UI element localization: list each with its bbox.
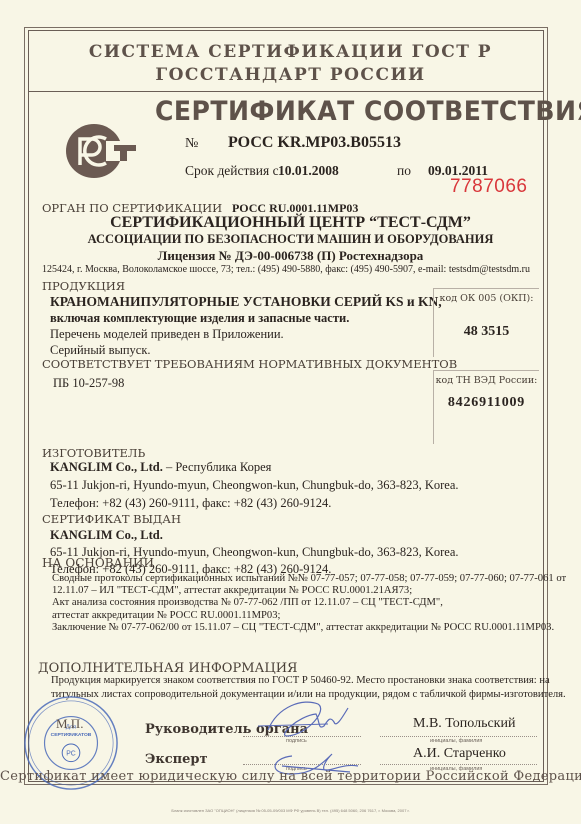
head-signature-mark bbox=[258, 696, 353, 746]
head-name: М.В. Топольский bbox=[413, 716, 515, 732]
agency-heading: ГОССТАНДАРТ РОССИИ bbox=[0, 65, 581, 85]
manufacturer-name: KANGLIM Co., Ltd. bbox=[50, 460, 163, 474]
certification-center-name: СЕРТИФИКАЦИОННЫЙ ЦЕНТР “ТЕСТ-СДМ” bbox=[0, 214, 581, 232]
product-models-note: Перечень моделей приведен в Приложении. bbox=[50, 327, 284, 342]
rst-gost-logo-icon bbox=[66, 123, 138, 179]
head-name-line bbox=[380, 736, 537, 737]
certification-system-heading: СИСТЕМА СЕРТИФИКАЦИИ ГОСТ Р bbox=[0, 42, 581, 62]
blank-print-info: Бланк изготовлен ЗАО "ОПЦИОН" (лицензия … bbox=[0, 808, 581, 813]
head-name-caption: инициалы, фамилия bbox=[430, 738, 482, 744]
issued-to-name: KANGLIM Co., Ltd. bbox=[50, 528, 163, 543]
expert-name-line bbox=[380, 764, 537, 765]
svg-text:РС: РС bbox=[66, 751, 75, 758]
valid-to-label: по bbox=[397, 163, 411, 179]
product-serial-note: Серийный выпуск. bbox=[50, 343, 151, 358]
product-name: КРАНОМАНИПУЛЯТОРНЫЕ УСТАНОВКИ СЕРИЙ KS и… bbox=[50, 294, 442, 310]
manufacturer-section-label: ИЗГОТОВИТЕЛЬ bbox=[42, 446, 145, 460]
basis-section-label: НА ОСНОВАНИИ bbox=[42, 556, 154, 570]
certification-center-license: Лицензия № ДЭ-00-006738 (П) Ростехнадзор… bbox=[0, 248, 581, 264]
header-divider bbox=[29, 91, 543, 92]
basis-line: Заключение № 07-77-062/00 от 15.11.07 – … bbox=[52, 622, 544, 634]
manufacturer-name-line: KANGLIM Co., Ltd. – Республика Корея bbox=[50, 460, 271, 475]
validity-label: Срок действия с bbox=[185, 163, 279, 179]
manufacturer-country: – Республика Корея bbox=[163, 460, 272, 474]
manufacturer-address: 65-11 Jukjon-ri, Hyundo-myun, Cheongwon-… bbox=[50, 478, 459, 493]
manufacturer-phone: Телефон: +82 (43) 260-9111, факс: +82 (4… bbox=[50, 496, 331, 511]
certificate-number: РОСС KR.МР03.В05513 bbox=[228, 134, 401, 152]
additional-info-line: Продукция маркируется знаком соответстви… bbox=[51, 674, 541, 688]
okp-code-value: 48 3515 bbox=[434, 324, 539, 340]
basis-line: 12.11.07 – ИЛ "ТЕСТ-СДМ", аттестат аккре… bbox=[52, 585, 544, 597]
valid-from-date: 10.01.2008 bbox=[278, 163, 339, 179]
tnved-code-value: 8426911009 bbox=[434, 395, 539, 411]
basis-line: Сводные протоколы сертификационных испыт… bbox=[52, 573, 544, 585]
blank-serial-number: 7787066 bbox=[450, 176, 527, 198]
certification-center-association: АССОЦИАЦИИ ПО БЕЗОПАСНОСТИ МАШИН И ОБОРУ… bbox=[0, 232, 581, 247]
expert-name: А.И. Старченко bbox=[413, 746, 506, 762]
stamp-text-middle: СЕРТИФИКАТОВ bbox=[51, 732, 92, 738]
tnved-code-label: код ТН ВЭД России: bbox=[434, 375, 539, 386]
norm-document: ПБ 10-257-98 bbox=[53, 376, 124, 391]
expert-role: Эксперт bbox=[145, 752, 208, 767]
document-title: СЕРТИФИКАТ СООТВЕТСТВИЯ bbox=[155, 96, 581, 127]
norms-section-label: СООТВЕТСТВУЕТ ТРЕБОВАНИЯМ НОРМАТИВНЫХ ДО… bbox=[42, 357, 457, 371]
product-components: включая комплектующие изделия и запасные… bbox=[50, 311, 349, 326]
issued-to-section-label: СЕРТИФИКАТ ВЫДАН bbox=[42, 512, 181, 526]
okp-code-box: код ОК 005 (ОКП): 48 3515 bbox=[433, 288, 539, 357]
basis-line: Акт анализа состояния производства № 07-… bbox=[52, 597, 544, 609]
legal-validity-statement: Сертификат имеет юридическую силу на все… bbox=[0, 769, 581, 784]
certification-center-address: 125424, г. Москва, Волоколамское шоссе, … bbox=[42, 264, 530, 275]
number-sign: № bbox=[185, 136, 198, 152]
product-section-label: ПРОДУКЦИЯ bbox=[42, 279, 125, 293]
basis-list: Сводные протоколы сертификационных испыт… bbox=[52, 573, 544, 634]
certification-body-label: ОРГАН ПО СЕРТИФИКАЦИИ bbox=[42, 201, 222, 215]
basis-line: аттестат аккредитации № РОСС RU.0001.11М… bbox=[52, 610, 544, 622]
stamp-place-mark: М.П. bbox=[56, 716, 83, 732]
tnved-code-box: код ТН ВЭД России: 8426911009 bbox=[433, 370, 539, 444]
okp-code-label: код ОК 005 (ОКП): bbox=[434, 293, 539, 304]
